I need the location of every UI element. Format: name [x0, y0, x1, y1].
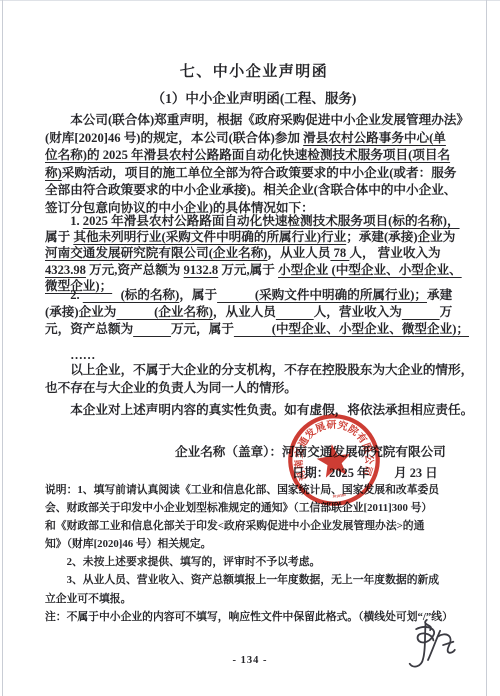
notes-paragraph: 说明：1、填写前请认真阅读《工业和信息化部、国家统计局、国家发展和改革委员会、财… — [45, 481, 463, 626]
text-line: 以上企业，不属于大企业的分支机构，不存在控股股东为大企业的情形， — [45, 362, 463, 380]
text-line: 称)采购活动，项目的施工单位全部为符合政策要求的中小企业(或者：服务 — [45, 165, 463, 183]
text-line: (承接)企业为 (企业名称)，从业人员 人，营业收入为 万 — [45, 304, 463, 321]
text-line: 本企业对上述声明内容的真实性负责。如有虚假，将依法承担相应责任。 — [45, 399, 463, 418]
handwritten-signature — [393, 613, 463, 679]
stamp-serial-text: 1010584 — [332, 492, 347, 499]
text-line: 河南交通发展研究院有限公司(企业名称)，从业人员 78 人， 营业收入为 — [45, 245, 463, 261]
responsibility-statement: 本企业对上述声明内容的真实性负责。如有虚假，将依法承担相应责任。 — [45, 399, 463, 418]
text-line: 知》（财库[2020]46 号）相关规定。 — [45, 535, 463, 553]
text-line: 说明：1、填写前请认真阅读《工业和信息化部、国家统计局、国家发展和改革委员 — [45, 481, 463, 499]
page-left-edge — [2, 0, 3, 696]
document-title: 七、中小企业声明函 — [45, 60, 463, 81]
text-line: 2、未按上述要求提供、填写的，评审时不予以考虑。 — [45, 553, 463, 571]
text-line: (财库[2020]46 号)的规定，本公司(联合体)参加 滑县农村公路事务中心(… — [45, 130, 463, 148]
declaration-document-page: 七、中小企业声明函 （1）中小企业声明函(工程、服务) 本公司(联合体)郑重声明… — [0, 0, 500, 696]
conclusion-paragraph: 以上企业，不属于大企业的分支机构，不存在控股股东为大企业的情形，也不存在与大企业… — [45, 362, 463, 397]
text-line: 本公司(联合体)郑重声明，根据《政府采购促进中小企业发展管理办法》 — [45, 112, 463, 130]
text-line: 和《财政部工业和信息化部关于印发<政府采购促进中小企业发展管理办法>的通 — [45, 517, 463, 535]
page-top-edge — [0, 0, 500, 1]
text-line: 属于 其他未列明行业(采购文件中明确的所属行业)行业；承建(承接)企业为 — [45, 229, 463, 245]
item-1-paragraph: 1. 2025 年滑县农村公路路面自动化快速检测技术服务项目(标的名称)，属于 … — [45, 213, 463, 294]
ellipsis-line: …… — [45, 344, 463, 363]
text-line: 3、从业人员、营业收入、资产总额填报上一年度数据，无上一年度数据的新成 — [45, 571, 463, 589]
text-line: …… — [45, 344, 463, 363]
stamp-star-icon — [315, 442, 353, 479]
text-line: 会、财政部关于印发中小企业划型标准规定的通知》（工信部联企业[2011]300 … — [45, 499, 463, 517]
item-2-blank-paragraph: 2. (标的名称)，属于 (采购文件中明确的所属行业)；承建(承接)企业为 (企… — [45, 287, 463, 339]
company-seal-stamp: 河南交通发展研究院有限公司 1010584 — [281, 407, 387, 513]
text-line: 也不存在与大企业的负责人为同一人的情形。 — [45, 380, 463, 398]
text-line: 2. (标的名称)，属于 (采购文件中明确的所属行业)；承建 — [45, 287, 463, 304]
text-line: 4323.98 万元,资产总额为 9132.8 万元,属于 小型企业 (中型企业… — [45, 262, 463, 278]
text-line: 1. 2025 年滑县农村公路路面自动化快速检测技术服务项目(标的名称)， — [45, 213, 463, 229]
text-line: 元，资产总额为 万元，属于 (中型企业、小型企业、微型企业)； — [45, 321, 463, 338]
intro-paragraph: 本公司(联合体)郑重声明，根据《政府采购促进中小企业发展管理办法》(财库[202… — [45, 112, 463, 218]
document-subtitle: （1）中小企业声明函(工程、服务) — [45, 87, 463, 107]
text-line: 立企业可不填报。 — [45, 590, 463, 608]
text-line: 全部由符合政策要求的中小企业承接)。相关企业(含联合体中的中小企业、 — [45, 182, 463, 200]
text-line: 位名称)的 2025 年滑县农村公路路面自动化快速检测技术服务项目(项目名 — [45, 147, 463, 165]
svg-text:1010584: 1010584 — [332, 492, 347, 499]
page-right-edge — [486, 0, 487, 696]
